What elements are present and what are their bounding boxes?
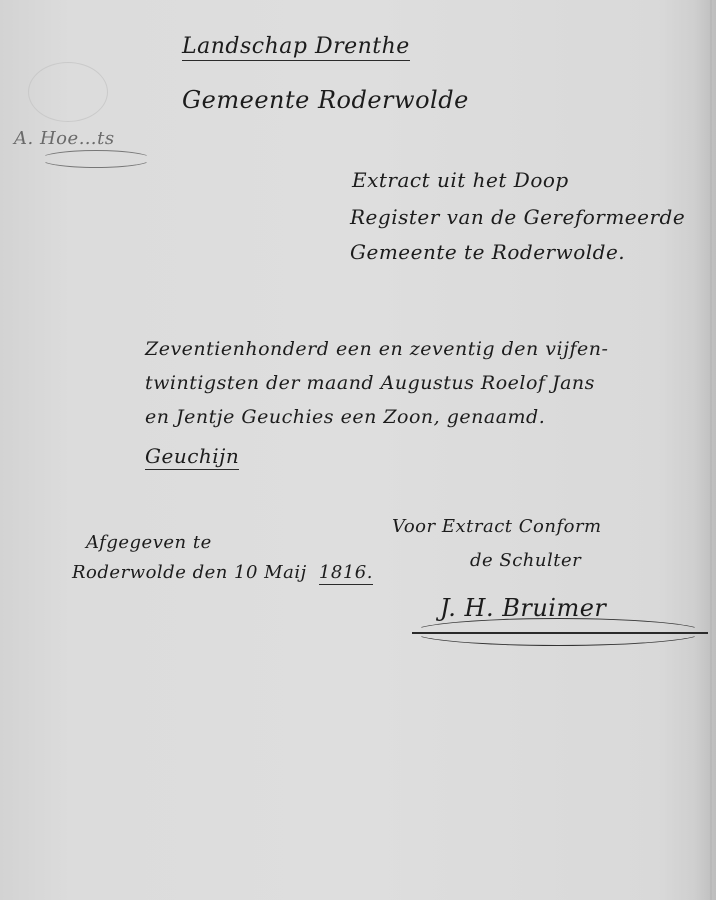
body-line-3: en Jentje Geuchies een Zoon, genaamd. — [145, 406, 545, 428]
margin-signature: A. Hoe…ts — [14, 128, 115, 149]
title-line-2: Register van de Gereformeerde — [350, 205, 685, 229]
title-line-1: Extract uit het Doop — [352, 168, 569, 192]
issued-line-1: Afgegeven te — [86, 532, 212, 553]
child-name: Geuchijn — [145, 444, 239, 470]
province-heading: Landschap Drenthe — [182, 34, 410, 61]
embossed-seal-icon — [28, 62, 108, 122]
title-line-3: Gemeente te Roderwolde. — [350, 240, 625, 264]
margin-signature-flourish — [40, 150, 152, 168]
issued-place-date: Roderwolde den 10 Maij — [72, 562, 307, 583]
issued-year: 1816. — [319, 562, 373, 585]
signature-underline — [412, 632, 708, 634]
page-edge-shadow — [710, 0, 712, 900]
document-page: Landschap Drenthe Gemeente Roderwolde A.… — [0, 0, 716, 900]
office-title: de Schulter — [470, 550, 581, 571]
conformity-statement: Voor Extract Conform — [392, 516, 602, 537]
body-line-2: twintigsten der maand Augustus Roelof Ja… — [145, 372, 595, 394]
issued-line-2: Roderwolde den 10 Maij 1816. — [72, 562, 373, 583]
body-line-1: Zeventienhonderd een en zeventig den vij… — [145, 338, 608, 360]
municipality-heading: Gemeente Roderwolde — [182, 86, 469, 114]
